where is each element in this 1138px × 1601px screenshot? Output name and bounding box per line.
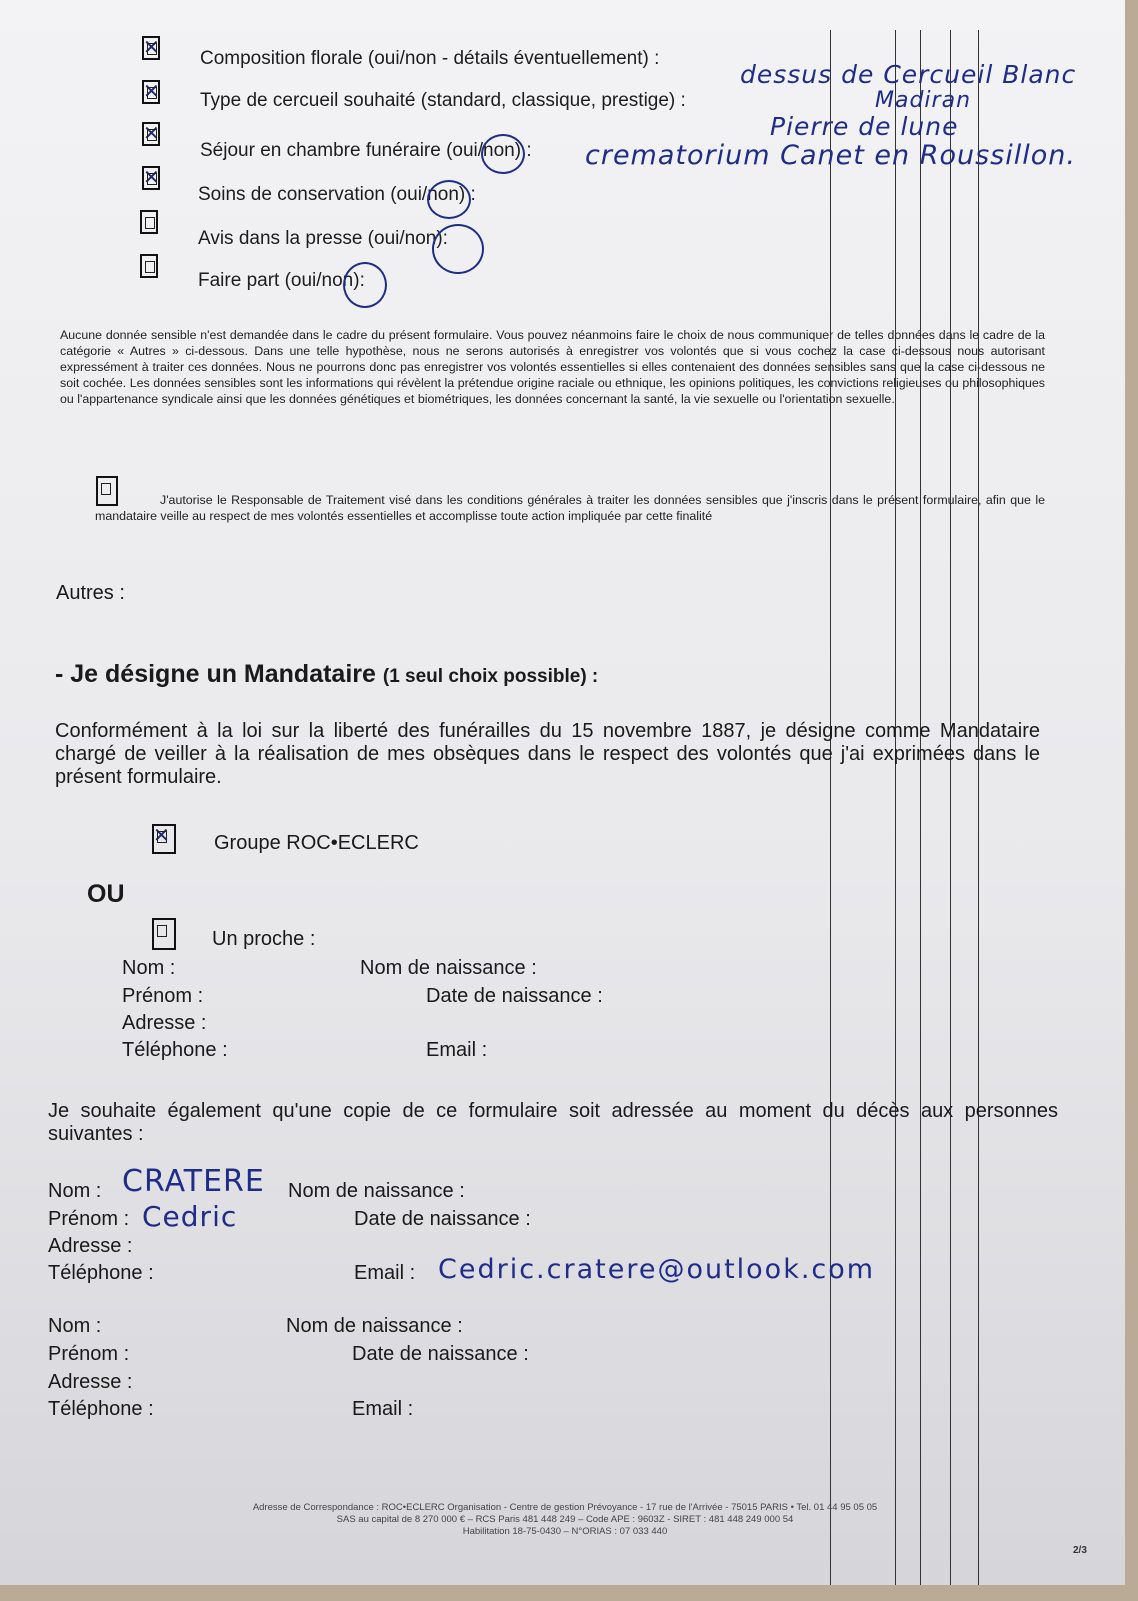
footer-address: Adresse de Correspondance : ROC•ECLERC O… [200, 1502, 930, 1514]
pen-line [950, 30, 951, 1585]
checkbox-avis-presse[interactable] [140, 210, 158, 234]
recipient2-email-label: Email : [352, 1398, 413, 1421]
recipient2-nom-naissance-label: Nom de naissance : [286, 1315, 463, 1338]
privacy-notice: Aucune donnée sensible n'est demandée da… [60, 327, 1045, 407]
mandataire-title-text: - Je désigne un Mandataire [55, 660, 376, 688]
pen-line [830, 30, 831, 1585]
recipient2-adresse-label: Adresse : [48, 1371, 132, 1394]
recipient2-nom-label: Nom : [48, 1315, 101, 1338]
checkbox-groupe-roc-eclerc[interactable] [152, 824, 176, 854]
label-groupe-roc-eclerc: Groupe ROC•ECLERC [214, 832, 419, 855]
checkbox-faire-part[interactable] [140, 254, 158, 278]
pen-line [978, 30, 979, 1585]
checkbox-un-proche[interactable] [152, 918, 176, 950]
recipient1-telephone-label: Téléphone : [48, 1262, 154, 1285]
proche-prenom-label: Prénom : [122, 985, 203, 1008]
recipient1-nom-naissance-label: Nom de naissance : [288, 1180, 465, 1203]
label-type-cercueil: Type de cercueil souhaité (standard, cla… [200, 90, 686, 112]
footer: Adresse de Correspondance : ROC•ECLERC O… [200, 1502, 930, 1538]
recipient1-email-label: Email : [354, 1262, 415, 1285]
circle-non-faire-part [343, 262, 387, 308]
mandataire-intro: Conformément à la loi sur la liberté des… [55, 720, 1040, 789]
handwritten-madiran: Madiran [875, 88, 971, 113]
label-un-proche: Un proche : [212, 928, 315, 951]
label-avis-presse: Avis dans la presse (oui/non): [198, 228, 448, 250]
proche-date-naissance-label: Date de naissance : [426, 985, 603, 1008]
pen-line [920, 30, 921, 1585]
recipient1-prenom-label: Prénom : [48, 1208, 129, 1231]
recipient2-date-naissance-label: Date de naissance : [352, 1343, 529, 1366]
copy-request-text: Je souhaite également qu'une copie de ce… [48, 1100, 1058, 1146]
recipient2-prenom-label: Prénom : [48, 1343, 129, 1366]
recipient2-telephone-label: Téléphone : [48, 1398, 154, 1421]
recipient1-prenom-value: Cedric [142, 1200, 237, 1233]
handwritten-composition: dessus de Cercueil Blanc [740, 60, 1076, 89]
checkbox-soins[interactable] [142, 166, 160, 190]
or-label: OU [87, 880, 125, 909]
label-composition-florale: Composition florale (oui/non - détails é… [200, 48, 659, 70]
handwritten-crematorium: crematorium Canet en Roussillon. [585, 140, 1076, 171]
mandataire-subtitle: (1 seul choix possible) : [383, 666, 598, 687]
label-faire-part: Faire part (oui/non): [198, 270, 365, 292]
recipient1-date-naissance-label: Date de naissance : [354, 1208, 531, 1231]
checkbox-sejour[interactable] [142, 122, 160, 146]
proche-nom-naissance-label: Nom de naissance : [360, 957, 537, 980]
recipient1-email-value: Cedric.cratere@outlook.com [438, 1254, 875, 1285]
circle-oui-sejour [481, 134, 525, 174]
recipient1-nom-value: CRATERE [122, 1164, 265, 1199]
autres-label: Autres : [56, 582, 125, 605]
checkbox-type-cercueil[interactable] [142, 80, 160, 104]
footer-habilitation: Habilitation 18-75-0430 – N°ORIAS : 07 0… [200, 1526, 930, 1538]
checkbox-composition-florale[interactable] [142, 36, 160, 60]
form-page: Composition florale (oui/non - détails é… [0, 0, 1125, 1585]
mandataire-title: - Je désigne un Mandataire (1 seul choix… [55, 660, 598, 689]
recipient1-adresse-label: Adresse : [48, 1235, 132, 1258]
circle-oui-soins [427, 180, 471, 219]
page-number: 2/3 [1073, 1545, 1087, 1556]
recipient1-nom-label: Nom : [48, 1180, 101, 1203]
proche-nom-label: Nom : [122, 957, 175, 980]
pen-line [895, 30, 896, 1585]
proche-email-label: Email : [426, 1039, 487, 1062]
circle-non-avis [432, 224, 484, 274]
proche-adresse-label: Adresse : [122, 1012, 206, 1035]
consent-text: J'autorise le Responsable de Traitement … [95, 492, 1045, 524]
handwritten-pierre-de-lune: Pierre de lune [770, 112, 959, 141]
proche-telephone-label: Téléphone : [122, 1039, 228, 1062]
footer-legal: SAS au capital de 8 270 000 € – RCS Pari… [200, 1514, 930, 1526]
